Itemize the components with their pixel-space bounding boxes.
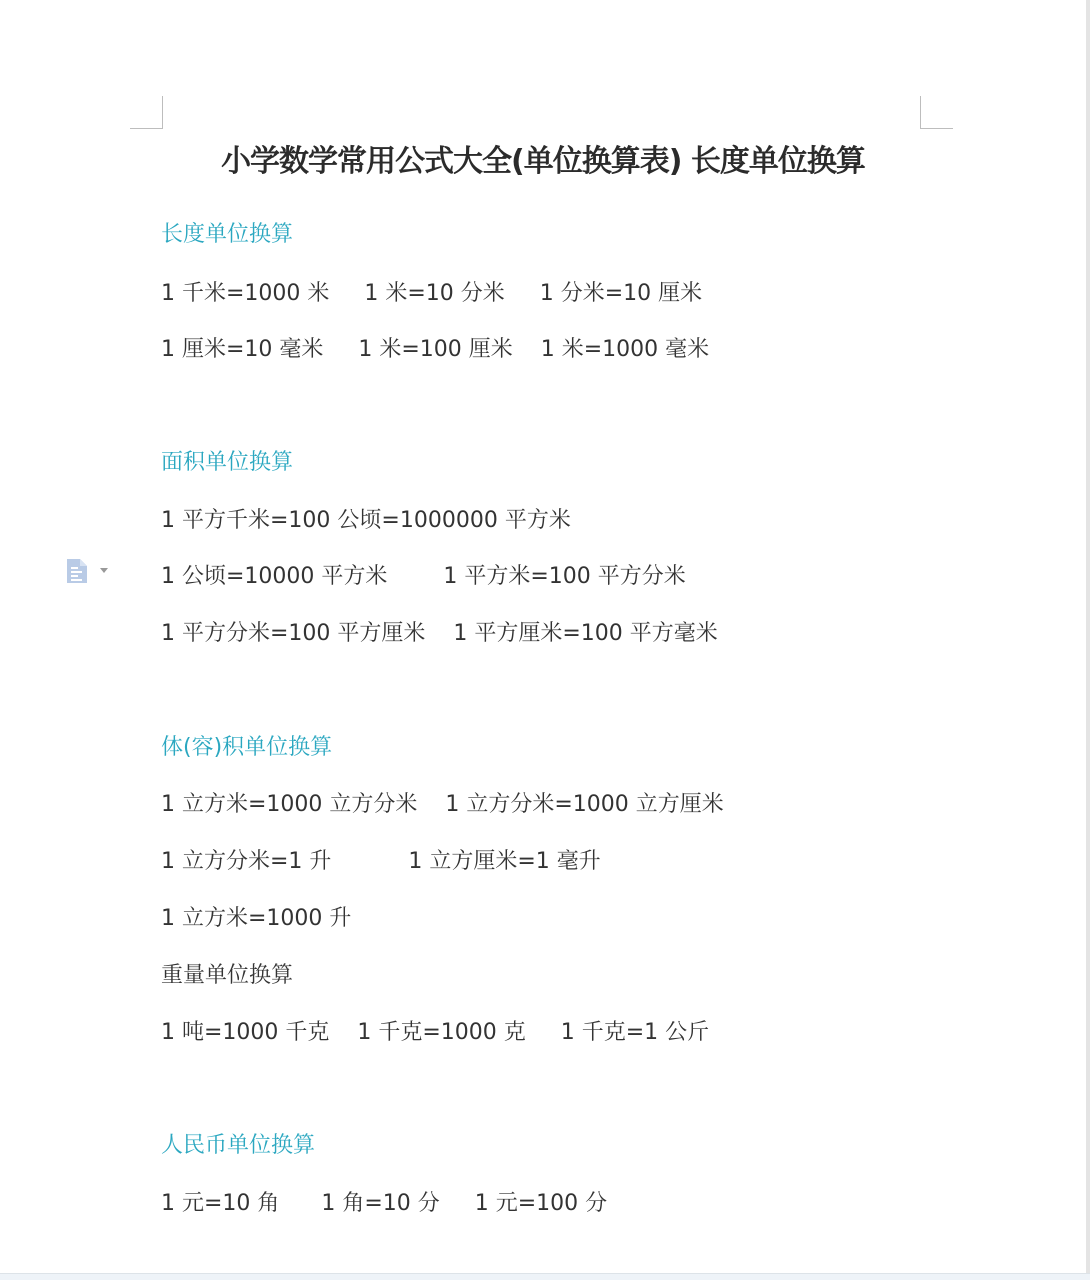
text-line: 1 元=10 角 1 角=10 分 1 元=100 分	[161, 1186, 607, 1217]
page-corner-mark-top-left	[130, 96, 163, 129]
heading-currency: 人民币单位换算	[161, 1128, 315, 1159]
text-line: 1 公顷=10000 平方米 1 平方米=100 平方分米	[161, 559, 686, 590]
heading-area: 面积单位换算	[161, 445, 293, 476]
page-corner-mark-top-right	[920, 96, 953, 129]
document-icon[interactable]	[66, 558, 88, 584]
heading-volume: 体(容)积单位换算	[161, 730, 332, 761]
text-line: 1 立方分米=1 升 1 立方厘米=1 毫升	[161, 844, 601, 875]
text-line: 1 平方千米=100 公顷=1000000 平方米	[161, 503, 571, 534]
chevron-down-icon[interactable]	[100, 568, 108, 573]
document-title: 小学数学常用公式大全(单位换算表) 长度单位换算	[0, 136, 1086, 180]
heading-weight: 重量单位换算	[161, 958, 293, 989]
vertical-scrollbar[interactable]	[1086, 0, 1090, 1274]
text-line: 1 平方分米=100 平方厘米 1 平方厘米=100 平方毫米	[161, 616, 718, 647]
text-line: 1 立方米=1000 立方分米 1 立方分米=1000 立方厘米	[161, 787, 724, 818]
text-line: 1 吨=1000 千克 1 千克=1000 克 1 千克=1 公斤	[161, 1015, 709, 1046]
heading-length: 长度单位换算	[161, 217, 293, 248]
text-line: 1 厘米=10 毫米 1 米=100 厘米 1 米=1000 毫米	[161, 332, 709, 363]
page-bottom-edge	[0, 1273, 1090, 1280]
document-page: 小学数学常用公式大全(单位换算表) 长度单位换算 长度单位换算 1 千米=100…	[0, 0, 1086, 1274]
text-line: 1 千米=1000 米 1 米=10 分米 1 分米=10 厘米	[161, 276, 702, 307]
text-line: 1 立方米=1000 升	[161, 901, 351, 932]
